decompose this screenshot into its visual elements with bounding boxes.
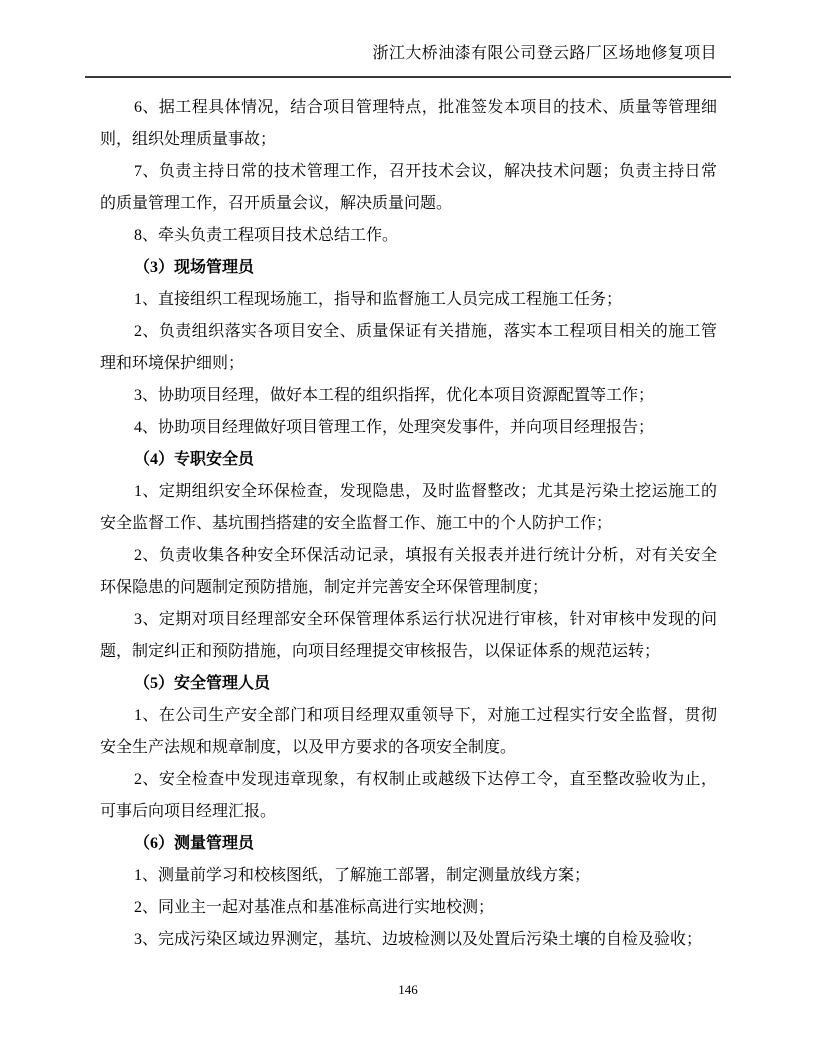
paragraph: 8、牵头负责工程项目技术总结工作。 <box>100 220 717 252</box>
paragraph: 2、负责收集各种安全环保活动记录，填报有关报表并进行统计分析，对有关安全环保隐患… <box>100 540 717 604</box>
page-number: 146 <box>398 982 418 997</box>
header-rule <box>85 76 731 78</box>
paragraph: 2、同业主一起对基准点和基准标高进行实地校测； <box>100 892 717 924</box>
section-heading: （6）测量管理员 <box>100 828 717 860</box>
paragraph: 1、在公司生产安全部门和项目经理双重领导下，对施工过程实行安全监督，贯彻安全生产… <box>100 700 717 764</box>
paragraph: 3、协助项目经理，做好本工程的组织指挥，优化本项目资源配置等工作； <box>100 380 717 412</box>
paragraph: 6、据工程具体情况，结合项目管理特点，批准签发本项目的技术、质量等管理细则，组织… <box>100 92 717 156</box>
document-body: 6、据工程具体情况，结合项目管理特点，批准签发本项目的技术、质量等管理细则，组织… <box>100 92 717 956</box>
page-footer: 146 <box>0 982 816 998</box>
section-heading: （3）现场管理员 <box>100 252 717 284</box>
paragraph: 1、直接组织工程现场施工，指导和监督施工人员完成工程施工任务； <box>100 284 717 316</box>
section-heading: （4）专职安全员 <box>100 444 717 476</box>
header-title: 浙江大桥油漆有限公司登云路厂区场地修复项目 <box>85 45 731 63</box>
paragraph: 3、完成污染区域边界测定，基坑、边坡检测以及处置后污染土壤的自检及验收； <box>100 924 717 956</box>
page-header: 浙江大桥油漆有限公司登云路厂区场地修复项目 <box>85 45 731 86</box>
paragraph: 2、安全检查中发现违章现象，有权制止或越级下达停工令，直至整改验收为止，可事后向… <box>100 764 717 828</box>
paragraph: 4、协助项目经理做好项目管理工作，处理突发事件，并向项目经理报告； <box>100 412 717 444</box>
paragraph: 1、定期组织安全环保检查，发现隐患，及时监督整改；尤其是污染土挖运施工的安全监督… <box>100 476 717 540</box>
document-page: 浙江大桥油漆有限公司登云路厂区场地修复项目 6、据工程具体情况，结合项目管理特点… <box>0 0 816 1056</box>
paragraph: 3、定期对项目经理部安全环保管理体系运行状况进行审核，针对审核中发现的问题，制定… <box>100 604 717 668</box>
paragraph: 7、负责主持日常的技术管理工作，召开技术会议，解决技术问题；负责主持日常的质量管… <box>100 156 717 220</box>
paragraph: 1、测量前学习和校核图纸，了解施工部署，制定测量放线方案； <box>100 860 717 892</box>
section-heading: （5）安全管理人员 <box>100 668 717 700</box>
paragraph: 2、负责组织落实各项目安全、质量保证有关措施，落实本工程项目相关的施工管理和环境… <box>100 316 717 380</box>
